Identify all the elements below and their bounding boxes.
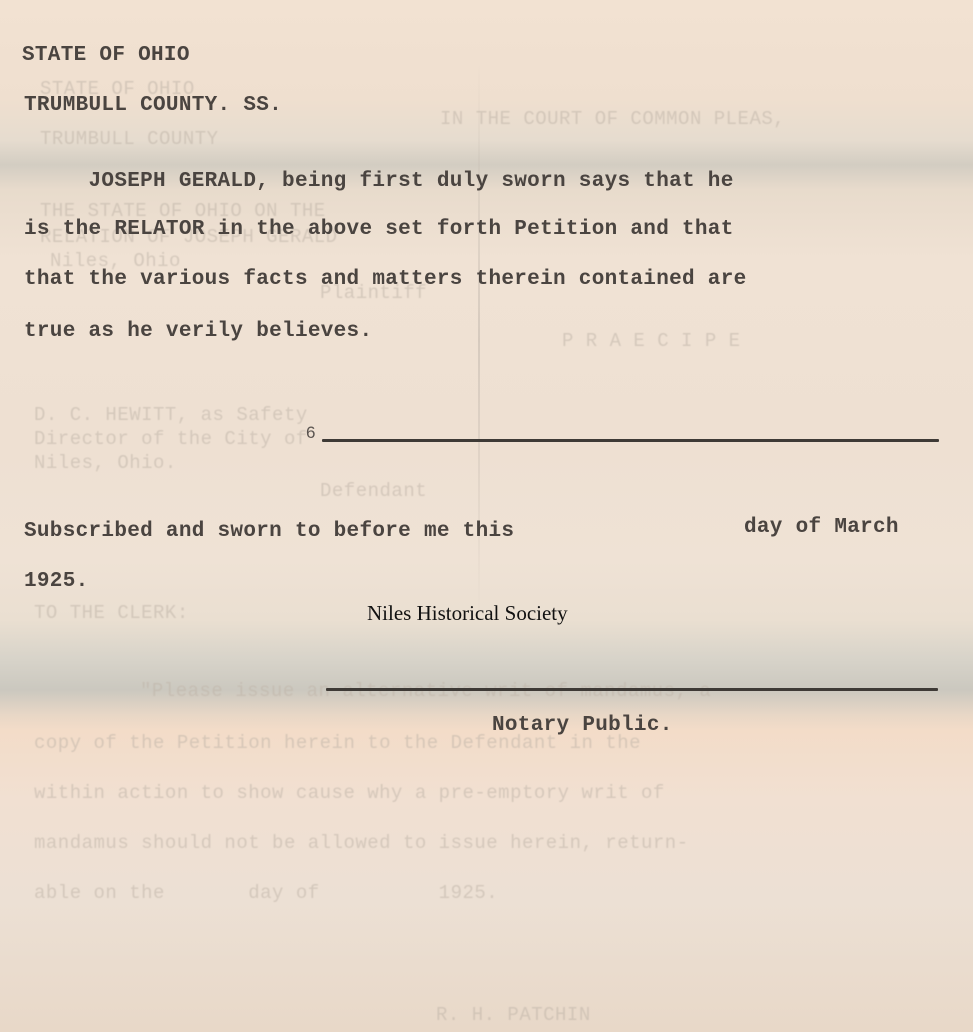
affidavit-line-1: JOSEPH GERALD, being first duly sworn sa… [24,170,734,193]
watermark: Niles Historical Society [367,601,568,626]
bleed-body-3: mandamus should not be allowed to issue … [34,832,689,854]
bleed-to-clerk: TO THE CLERK: [34,602,189,624]
notary-label: Notary Public. [492,714,673,737]
bleed-defendant: Defendant [320,480,427,502]
bleed-def-1: Director of the City of [34,428,308,450]
bleed-body-0: "Please issue an alternative writ of man… [140,680,711,702]
bleed-title: P R A E C I P E [562,330,741,352]
jurat-month: day of March [744,516,899,539]
venue-county: TRUMBULL COUNTY. SS. [24,94,282,117]
jurat-text: Subscribed and sworn to before me this [24,520,514,543]
page-number: 6 [306,423,315,443]
affidavit-line-2: is the RELATOR in the above set forth Pe… [24,218,734,241]
bleed-def-0: D. C. HEWITT, as Safety [34,404,308,426]
notary-signature-line [326,688,938,691]
affidavit-line-4: true as he verily believes. [24,320,372,343]
venue-state: STATE OF OHIO [22,44,190,67]
affidavit-line-3: that the various facts and matters there… [24,268,747,291]
bleed-def-2: Niles, Ohio. [34,452,177,474]
bleed-signature: R. H. PATCHIN [436,1004,591,1026]
affiant-signature-line [322,439,939,442]
bleed-body-2: within action to show cause why a pre-em… [34,782,665,804]
bleed-court: IN THE COURT OF COMMON PLEAS, [440,108,785,130]
bleed-caption-1: TRUMBULL COUNTY [40,128,219,150]
jurat-year: 1925. [24,570,89,593]
bleed-body-4: able on the day of 1925. [34,882,498,904]
